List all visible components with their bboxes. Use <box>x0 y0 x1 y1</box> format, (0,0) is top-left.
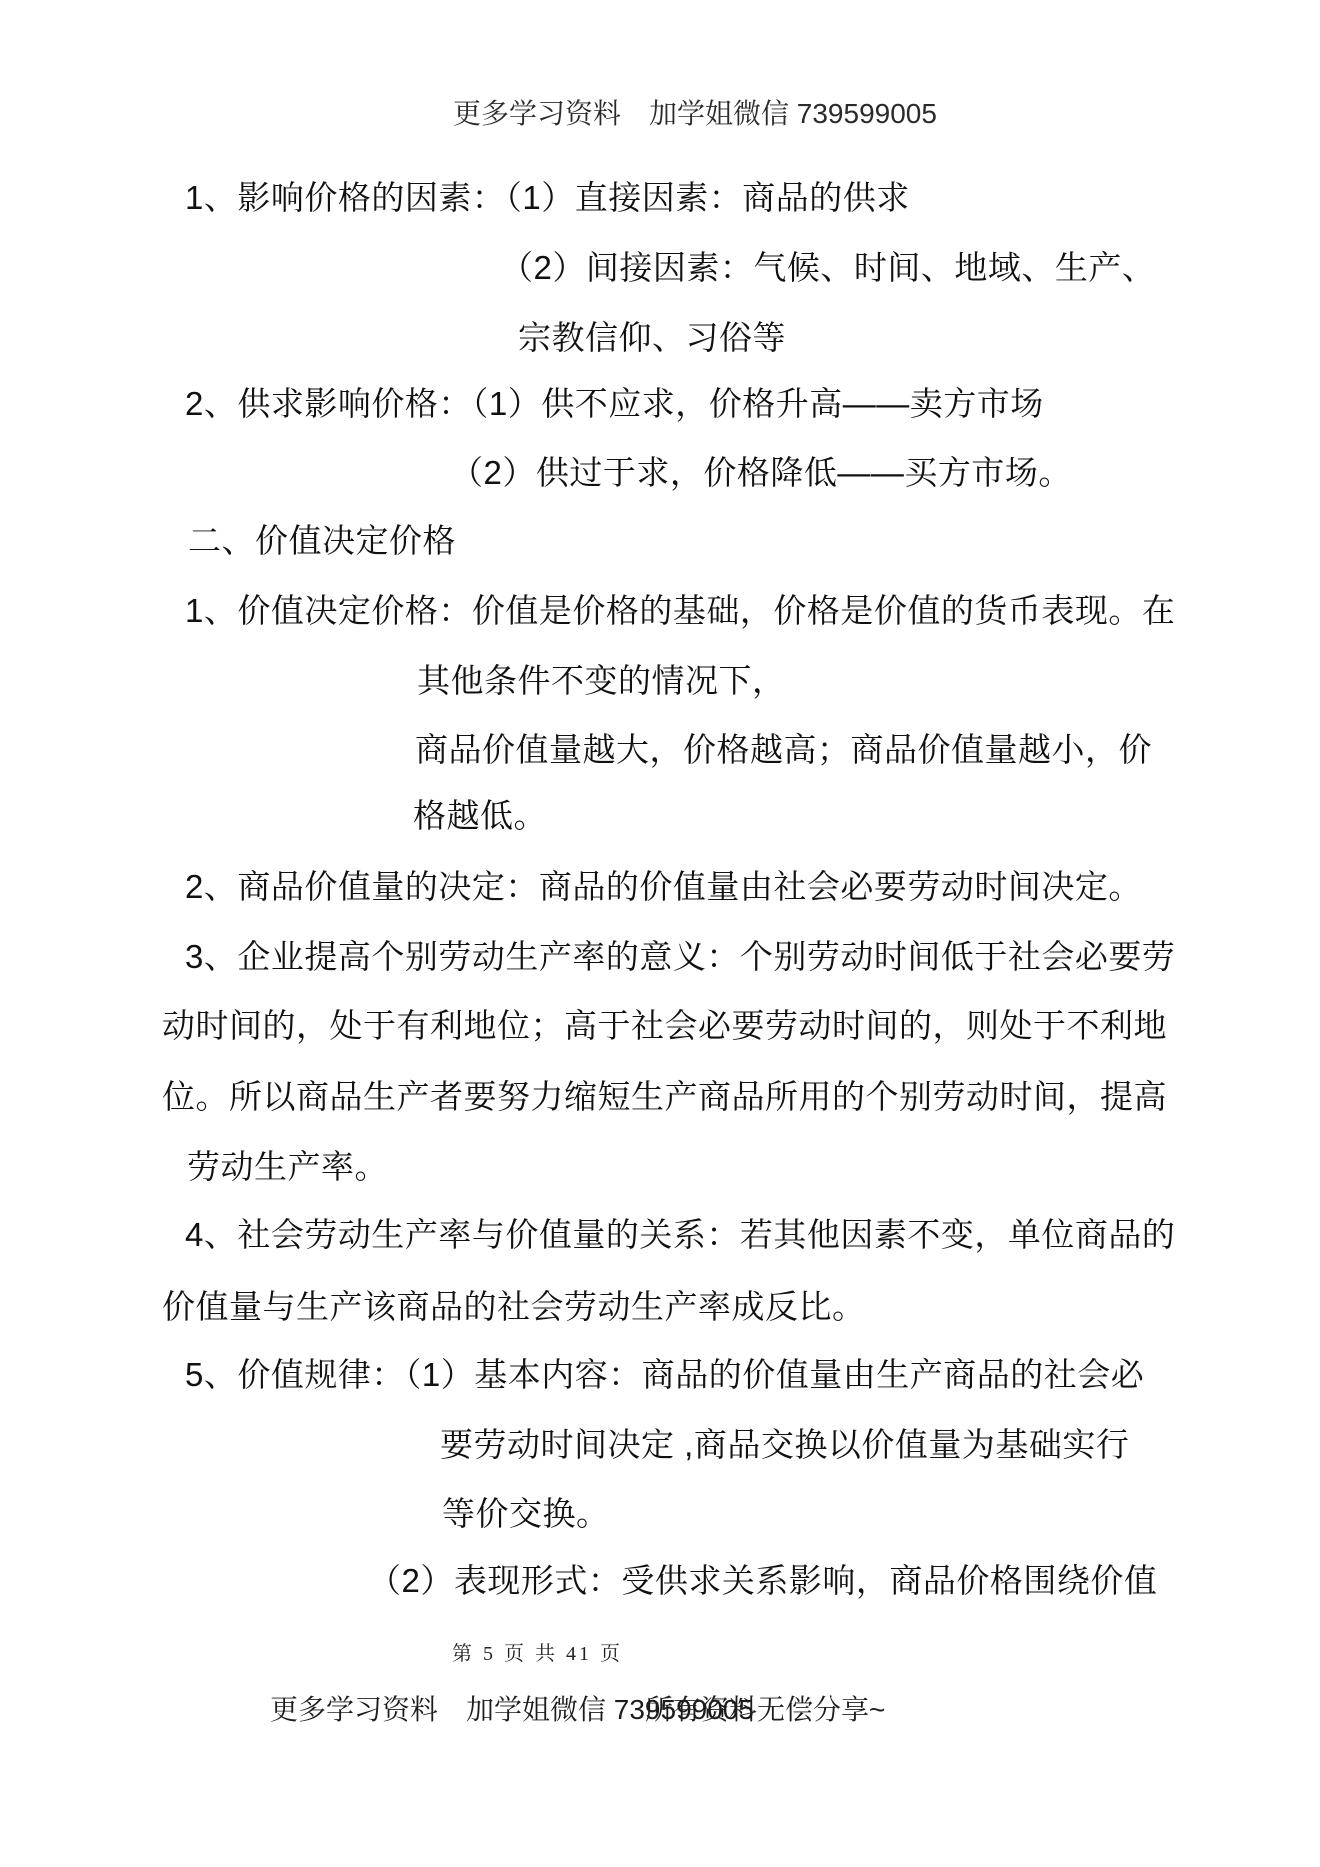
doc-line: 其他条件不变的情况下， <box>417 660 786 701</box>
doc-line: 二、价值决定价格 <box>188 520 456 561</box>
doc-line: 1、价值决定价格：价值是价格的基础，价格是价值的货币表现。在 <box>185 590 1175 631</box>
doc-line: 价值量与生产该商品的社会劳动生产率成反比。 <box>162 1286 866 1327</box>
doc-line: 宗教信仰、习俗等 <box>518 317 786 358</box>
doc-line: 劳动生产率。 <box>187 1146 388 1187</box>
document-page: 更多学习资料 加学姐微信 739599005 1、影响价格的因素：（1）直接因素… <box>0 0 1320 1867</box>
header-watermark: 更多学习资料 加学姐微信 739599005 <box>453 96 937 131</box>
doc-line: 要劳动时间决定 ,商品交换以价值量为基础实行 <box>440 1424 1129 1465</box>
footer-page-indicator: 第 5 页 共 41 页 <box>452 1642 623 1667</box>
doc-line: 2、供求影响价格：（1）供不应求，价格升高——卖方市场 <box>185 383 1044 424</box>
doc-line: 等价交换。 <box>442 1493 610 1534</box>
doc-line: 5、价值规律：（1）基本内容：商品的价值量由生产商品的社会必 <box>185 1354 1144 1395</box>
doc-line: 格越低。 <box>413 795 547 836</box>
doc-line: 位。所以商品生产者要努力缩短生产商品所用的个别劳动时间，提高 <box>162 1076 1167 1117</box>
footer-watermark-right: 所有资料无偿分享~ <box>645 1692 885 1727</box>
doc-line: （2）表现形式：受供求关系影响，商品价格围绕价值 <box>368 1560 1157 1601</box>
doc-line: 1、影响价格的因素：（1）直接因素：商品的供求 <box>185 177 910 218</box>
doc-line: 2、商品价值量的决定：商品的价值量由社会必要劳动时间决定。 <box>185 866 1142 907</box>
doc-line: 商品价值量越大，价格越高；商品价值量越小，价 <box>415 729 1152 770</box>
doc-line: 3、企业提高个别劳动生产率的意义：个别劳动时间低于社会必要劳 <box>185 936 1175 977</box>
doc-line: 动时间的，处于有利地位；高于社会必要劳动时间的，则处于不利地 <box>162 1005 1167 1046</box>
doc-line: 4、社会劳动生产率与价值量的关系：若其他因素不变，单位商品的 <box>185 1214 1175 1255</box>
doc-line: （2）供过于求，价格降低——买方市场。 <box>450 452 1072 493</box>
doc-line: （2）间接因素：气候、时间、地域、生产、 <box>500 247 1155 288</box>
